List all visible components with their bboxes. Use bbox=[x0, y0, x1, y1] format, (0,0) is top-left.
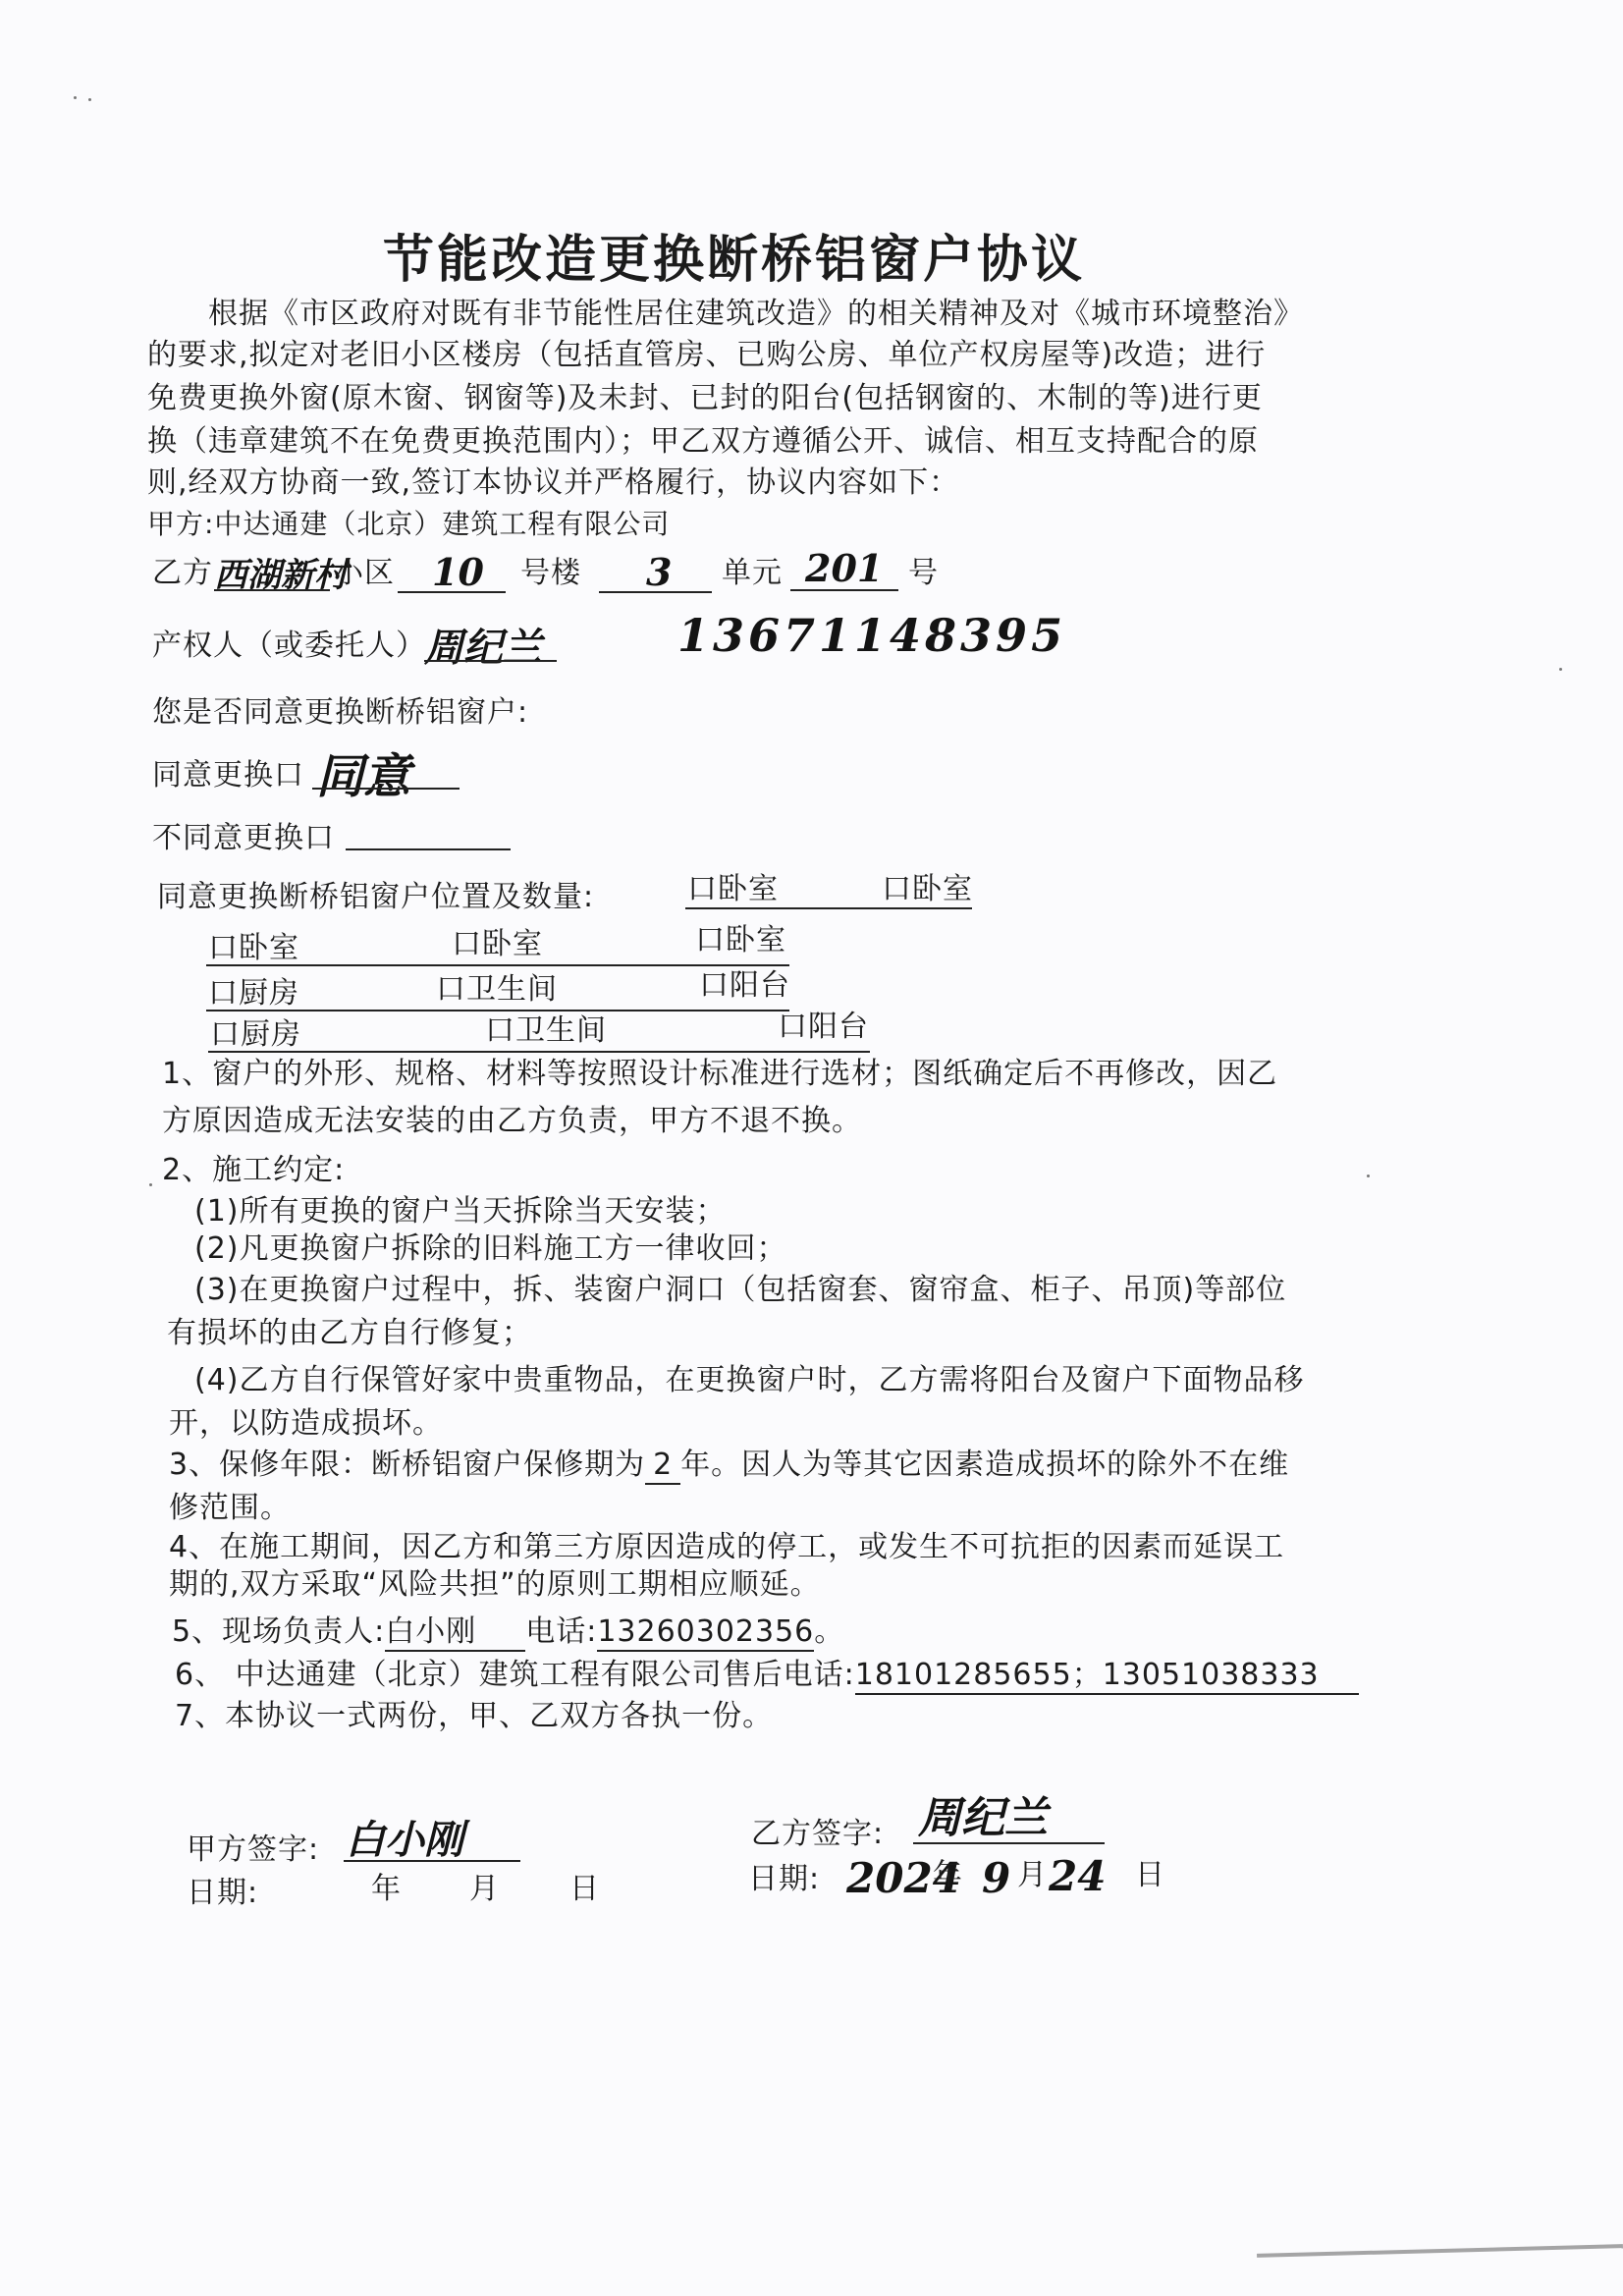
location-underline bbox=[206, 964, 789, 966]
site-manager-phone: 13260302356 bbox=[597, 1614, 814, 1652]
unit-suffix: 单元 bbox=[722, 556, 783, 591]
building-suffix: 号楼 bbox=[520, 556, 581, 591]
location-option[interactable]: 口卫生间 bbox=[485, 1013, 607, 1049]
page-edge-shadow bbox=[1257, 2244, 1623, 2258]
clause-1-cont: 方原因造成无法安装的由乙方负责，甲方不退不换。 bbox=[162, 1104, 862, 1139]
location-option[interactable]: 口卫生间 bbox=[436, 972, 558, 1008]
location-option[interactable]: 口厨房 bbox=[210, 1017, 301, 1053]
clause-2-4: (4)乙方自行保管好家中贵重物品，在更换窗户时，乙方需将阳台及窗户下面物品移 bbox=[194, 1363, 1305, 1398]
location-option[interactable]: 口卧室 bbox=[882, 872, 973, 907]
party-a-sign-label: 甲方签字: bbox=[187, 1832, 319, 1868]
location-underline bbox=[685, 907, 972, 909]
scan-speck bbox=[88, 98, 91, 101]
location-underline bbox=[208, 1051, 870, 1053]
party-b-day: 日 bbox=[1135, 1858, 1165, 1893]
party-b-sign-line bbox=[913, 1842, 1105, 1844]
clause-4: 4、在施工期间，因乙方和第三方原因造成的停工，或发生不可抗拒的因素而延误工 bbox=[169, 1530, 1284, 1565]
clause-5-end: 。 bbox=[814, 1614, 844, 1649]
location-option[interactable]: 口阳台 bbox=[778, 1010, 869, 1045]
intro-line: 换（违章建筑不在免费更换范围内）；甲乙双方遵循公开、诚信、相互支持配合的原 bbox=[147, 424, 1259, 460]
location-option[interactable]: 口卧室 bbox=[687, 872, 779, 907]
agree-underline bbox=[312, 788, 460, 790]
clause-3: 3、保修年限：断桥铝窗户保修期为2年。因人为等其它因素造成损坏的除外不在维 bbox=[169, 1448, 1289, 1485]
party-b-row: 乙方 bbox=[152, 556, 213, 591]
clause-5-phone-label: 电话: bbox=[525, 1614, 597, 1649]
after-sales-phones: 18101285655；13051038333 bbox=[855, 1658, 1359, 1695]
clause-6: 6、 中达通建（北京）建筑工程有限公司售后电话:18101285655；1305… bbox=[175, 1658, 1359, 1695]
party-a-date-label: 日期: bbox=[187, 1876, 258, 1911]
location-underline bbox=[206, 1010, 789, 1011]
owner-label: 产权人（或委托人） bbox=[152, 629, 426, 664]
agree-handwritten[interactable]: 同意 bbox=[316, 738, 410, 806]
location-option[interactable]: 口厨房 bbox=[208, 976, 299, 1011]
party-a-signature[interactable]: 白小刚 bbox=[346, 1809, 463, 1865]
clause-2-3-cont: 有损坏的由乙方自行修复； bbox=[167, 1316, 532, 1351]
clause-2-2: (2)凡更换窗户拆除的旧料施工方一律收回； bbox=[194, 1231, 787, 1267]
party-b-day-value: 24 bbox=[1049, 1852, 1106, 1900]
clause-3-cont: 修范围。 bbox=[169, 1491, 291, 1526]
agree-label: 同意更换口 bbox=[152, 758, 304, 793]
scan-speck bbox=[1367, 1175, 1370, 1177]
consent-question: 您是否同意更换断桥铝窗户: bbox=[152, 695, 528, 731]
building-handwritten: 10 bbox=[432, 550, 484, 594]
owner-underline bbox=[424, 660, 557, 662]
location-option[interactable]: 口卧室 bbox=[208, 931, 299, 966]
scan-speck bbox=[74, 96, 77, 99]
location-option[interactable]: 口阳台 bbox=[699, 968, 790, 1004]
party-b-month: 月 bbox=[1017, 1858, 1048, 1893]
clause-3-suffix: 年。因人为等其它因素造成损坏的除外不在维 bbox=[680, 1448, 1289, 1482]
party-a-sign-line bbox=[344, 1860, 520, 1862]
clause-5: 5、现场负责人:白小刚电话:13260302356。 bbox=[172, 1614, 844, 1652]
clause-1: 1、窗户的外形、规格、材料等按照设计标准进行选材；图纸确定后不再修改，因乙 bbox=[162, 1057, 1277, 1092]
community-suffix: 小区 bbox=[334, 556, 395, 591]
disagree-label: 不同意更换口 bbox=[152, 821, 335, 856]
scan-speck bbox=[149, 1183, 152, 1186]
clause-7: 7、本协议一式两份，甲、乙双方各执一份。 bbox=[175, 1699, 773, 1734]
site-manager: 白小刚 bbox=[385, 1614, 525, 1652]
clause-6-prefix: 6、 中达通建（北京）建筑工程有限公司售后电话: bbox=[175, 1658, 855, 1692]
location-option[interactable]: 口卧室 bbox=[452, 927, 543, 962]
party-a-day: 日 bbox=[569, 1872, 600, 1907]
room-suffix: 号 bbox=[908, 556, 939, 591]
clause-3-prefix: 3、保修年限：断桥铝窗户保修期为 bbox=[169, 1448, 645, 1482]
intro-line: 的要求,拟定对老旧小区楼房（包括直管房、已购公房、单位产权房屋等)改造；进行 bbox=[147, 338, 1266, 373]
party-a-month: 月 bbox=[469, 1872, 500, 1907]
disagree-field[interactable] bbox=[346, 848, 511, 850]
party-b-date-label: 日期: bbox=[748, 1862, 820, 1897]
party-b-label: 乙方 bbox=[152, 556, 213, 590]
location-option[interactable]: 口卧室 bbox=[695, 923, 786, 958]
owner-phone-handwritten: 13671148395 bbox=[677, 609, 1066, 662]
party-b-signature[interactable]: 周纪兰 bbox=[918, 1782, 1048, 1845]
room-handwritten: 201 bbox=[805, 546, 883, 590]
scan-speck bbox=[1559, 668, 1562, 671]
party-b-year: 年 bbox=[933, 1858, 963, 1893]
owner-signature: 周纪兰 bbox=[424, 617, 542, 673]
clause-4-cont: 期的,双方采取“风险共担”的原则工期相应顺延。 bbox=[169, 1567, 821, 1603]
unit-handwritten: 3 bbox=[646, 550, 672, 594]
clause-2-4-cont: 开，以防造成损坏。 bbox=[169, 1406, 443, 1442]
document-title: 节能改造更换断桥铝窗户协议 bbox=[383, 218, 1085, 292]
party-a-year: 年 bbox=[371, 1872, 402, 1907]
party-b-sign-label: 乙方签字: bbox=[751, 1817, 884, 1852]
clause-2-3: (3)在更换窗户过程中，拆、装窗户洞口（包括窗套、窗帘盒、柜子、吊顶)等部位 bbox=[194, 1273, 1286, 1308]
clause-2: 2、施工约定: bbox=[162, 1153, 345, 1188]
party-b-month-value: 9 bbox=[982, 1854, 1010, 1902]
clause-2-1: (1)所有更换的窗户当天拆除当天安装； bbox=[194, 1194, 727, 1230]
warranty-years: 2 bbox=[645, 1448, 680, 1485]
party-a: 甲方:中达通建（北京）建筑工程有限公司 bbox=[147, 507, 670, 542]
intro-line: 免费更换外窗(原木窗、钢窗等)及未封、已封的阳台(包括钢窗的、木制的等)进行更 bbox=[147, 381, 1263, 416]
intro-line: 根据《市区政府对既有非节能性居住建筑改造》的相关精神及对《城市环境整治》 bbox=[208, 297, 1304, 332]
scanned-page: 节能改造更换断桥铝窗户协议 根据《市区政府对既有非节能性居住建筑改造》的相关精神… bbox=[0, 0, 1623, 2296]
locations-label: 同意更换断桥铝窗户位置及数量: bbox=[157, 880, 594, 915]
intro-line: 则,经双方协商一致,签订本协议并严格履行，协议内容如下： bbox=[147, 465, 959, 501]
community-underline bbox=[214, 589, 330, 591]
clause-5-prefix: 5、现场负责人: bbox=[172, 1614, 385, 1649]
